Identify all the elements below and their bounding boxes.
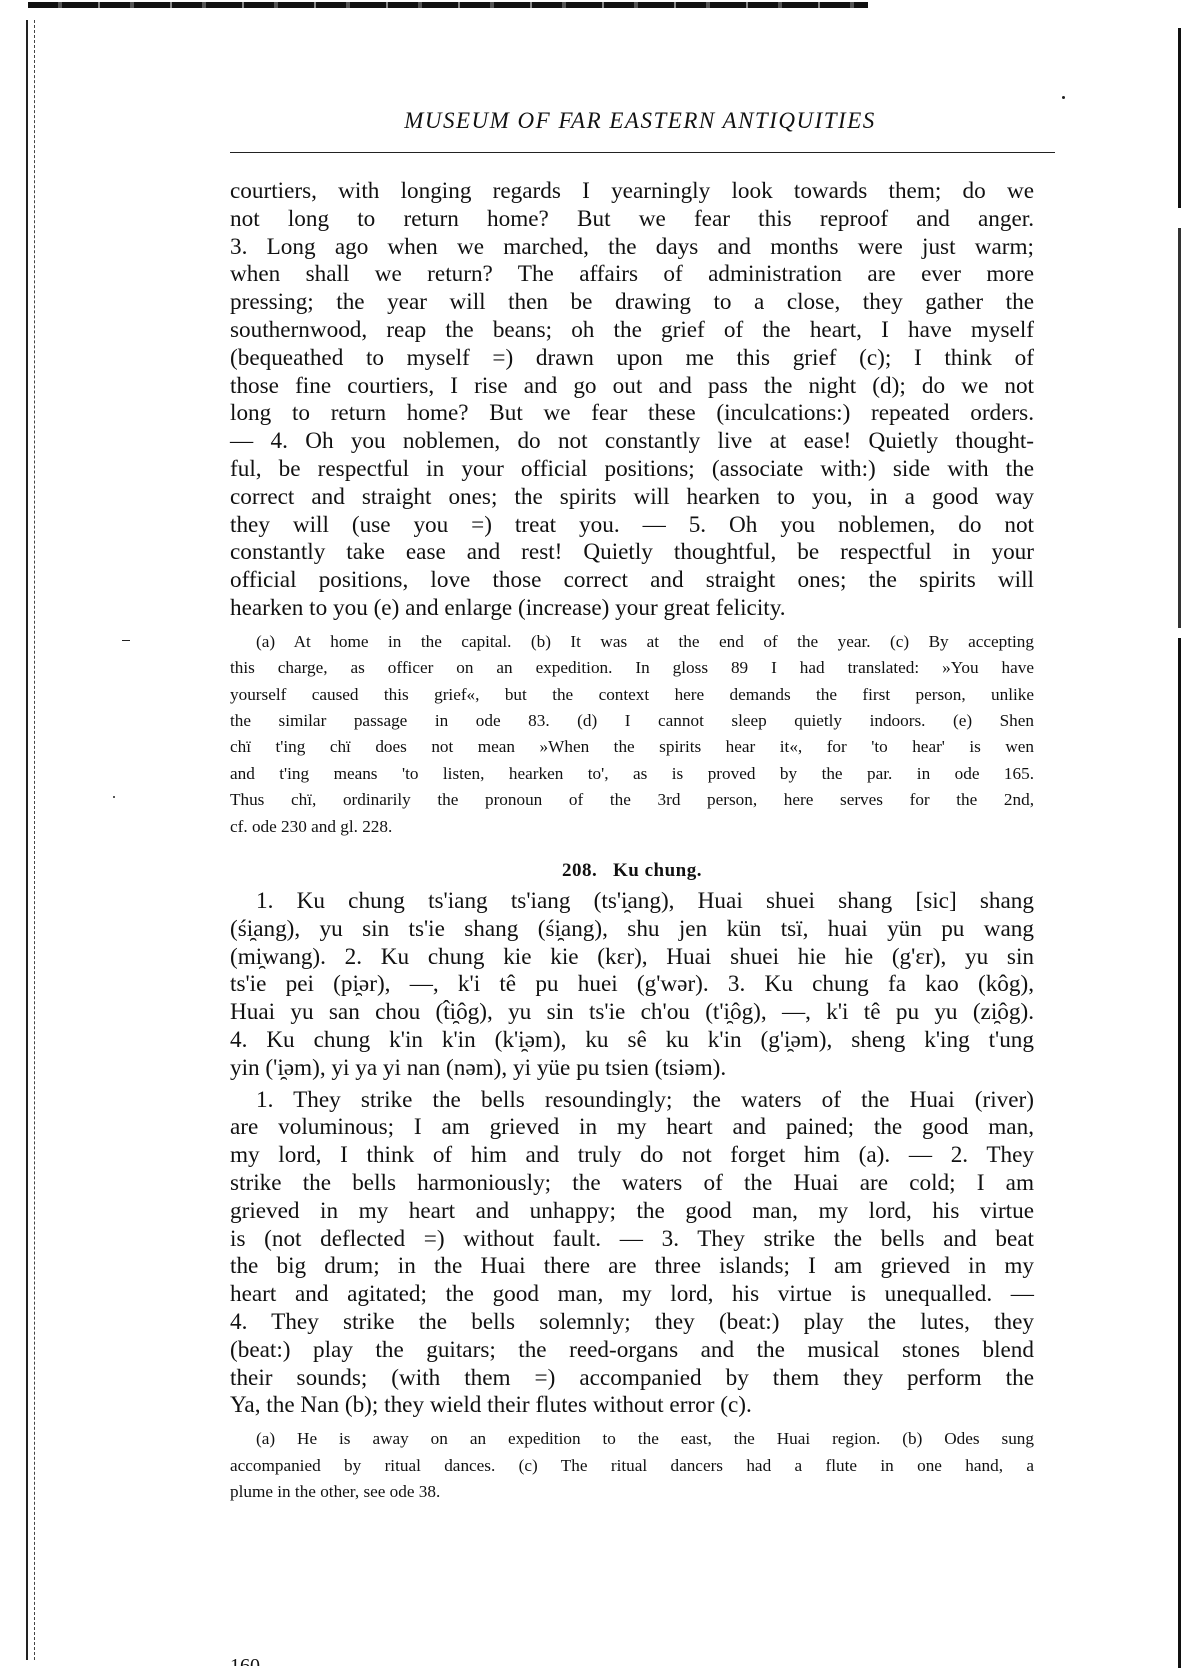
text-line: (beat:) play the guitars; the reed-organ… <box>230 1337 1034 1365</box>
scan-speck <box>122 640 130 641</box>
scan-top-edge <box>28 2 868 8</box>
text-line: southernwood, reap the beans; oh the gri… <box>230 317 1034 345</box>
footnote-line: yourself caused this grief«, but the con… <box>230 682 1034 708</box>
text-line: ful, be respectful in your official posi… <box>230 456 1034 484</box>
scan-speck <box>113 796 115 798</box>
transcription-line: 1. Ku chung ts'iang ts'iang (ts'i̯ang), … <box>230 888 1034 916</box>
translation-continued: courtiers, with longing regards I yearni… <box>230 178 1034 623</box>
section-heading: 208. Ku chung. <box>230 860 1034 882</box>
footnote-line: the similar passage in ode 83. (d) I can… <box>230 708 1034 734</box>
text-line: — 4. Oh you noblemen, do not constantly … <box>230 428 1034 456</box>
footnote-line: and t'ing means 'to listen, hearken to',… <box>230 761 1034 787</box>
transcription-line: 4. Ku chung k'in k'in (k'i̯əm), ku sê ku… <box>230 1027 1034 1055</box>
running-head: MUSEUM OF FAR EASTERN ANTIQUITIES <box>230 108 1050 134</box>
text-line: grieved in my heart and unhappy; the goo… <box>230 1198 1034 1226</box>
text-line: courtiers, with longing regards I yearni… <box>230 178 1034 206</box>
text-line: 3. Long ago when we marched, the days an… <box>230 234 1034 262</box>
text-line: the big drum; in the Huai there are thre… <box>230 1253 1034 1281</box>
footnote-line: cf. ode 230 and gl. 228. <box>230 814 1034 840</box>
footnotes-208: (a) He is away on an expedition to the e… <box>230 1426 1034 1505</box>
text-line: Ya, the Nan (b); they wield their flutes… <box>230 1392 1034 1420</box>
text-line: 4. They strike the bells solemnly; they … <box>230 1309 1034 1337</box>
footnote-line: accompanied by ritual dances. (c) The ri… <box>230 1453 1034 1479</box>
page-body: courtiers, with longing regards I yearni… <box>230 178 1034 1505</box>
text-line: they will (use you =) treat you. — 5. Oh… <box>230 512 1034 540</box>
text-line: are voluminous; I am grieved in my heart… <box>230 1114 1034 1142</box>
transcription-line: Huai yu san chou (t̂i̯ôg), yu sin ts'ie … <box>230 999 1034 1027</box>
text-line: pressing; the year will then be drawing … <box>230 289 1034 317</box>
text-line: constantly take ease and rest! Quietly t… <box>230 539 1034 567</box>
text-line: those fine courtiers, I rise and go out … <box>230 373 1034 401</box>
transcription-208: 1. Ku chung ts'iang ts'iang (ts'i̯ang), … <box>230 888 1034 1083</box>
footnote-line: this charge, as officer on an expedition… <box>230 655 1034 681</box>
text-line: hearken to you (e) and enlarge (increase… <box>230 595 1034 623</box>
footnote-line: chï t'ing chï does not mean »When the sp… <box>230 734 1034 760</box>
section-title: Ku chung. <box>613 860 702 881</box>
text-line: official positions, love those correct a… <box>230 567 1034 595</box>
transcription-line: yin ('i̯əm), yi ya yi nan (nəm), yi yüe … <box>230 1055 1034 1083</box>
header-rule <box>230 152 1055 153</box>
footnotes-207: (a) At home in the capital. (b) It was a… <box>230 629 1034 840</box>
text-line: long to return home? But we fear these (… <box>230 400 1034 428</box>
text-line: strike the bells harmoniously; the water… <box>230 1170 1034 1198</box>
footnote-line: plume in the other, see ode 38. <box>230 1479 1034 1505</box>
text-line: (bequeathed to myself =) drawn upon me t… <box>230 345 1034 373</box>
text-line: correct and straight ones; the spirits w… <box>230 484 1034 512</box>
footnote-line: (a) At home in the capital. (b) It was a… <box>230 629 1034 655</box>
transcription-line: (mi̯wang). 2. Ku chung kie kie (kɛr), Hu… <box>230 944 1034 972</box>
page-number: 160 <box>230 1656 260 1666</box>
footnote-line: (a) He is away on an expedition to the e… <box>230 1426 1034 1452</box>
text-line: when shall we return? The affairs of adm… <box>230 261 1034 289</box>
text-line: their sounds; (with them =) accompanied … <box>230 1365 1034 1393</box>
translation-208: 1. They strike the bells resoundingly; t… <box>230 1087 1034 1421</box>
transcription-line: (śi̯ang), yu sin ts'ie shang (śi̯ang), s… <box>230 916 1034 944</box>
text-line: heart and agitated; the good man, my lor… <box>230 1281 1034 1309</box>
scan-right-binding-edge <box>1178 28 1181 1668</box>
scan-speck <box>1062 96 1065 99</box>
scan-left-binding-edge <box>26 20 42 1660</box>
text-line: is (not deflected =) without fault. — 3.… <box>230 1226 1034 1254</box>
transcription-line: ts'ie pei (pi̯ər), —, k'i tê pu huei (g'… <box>230 971 1034 999</box>
text-line: my lord, I think of him and truly do not… <box>230 1142 1034 1170</box>
text-line: not long to return home? But we fear thi… <box>230 206 1034 234</box>
section-number: 208. <box>562 860 597 881</box>
footnote-line: Thus chï, ordinarily the pronoun of the … <box>230 787 1034 813</box>
text-line: 1. They strike the bells resoundingly; t… <box>230 1087 1034 1115</box>
